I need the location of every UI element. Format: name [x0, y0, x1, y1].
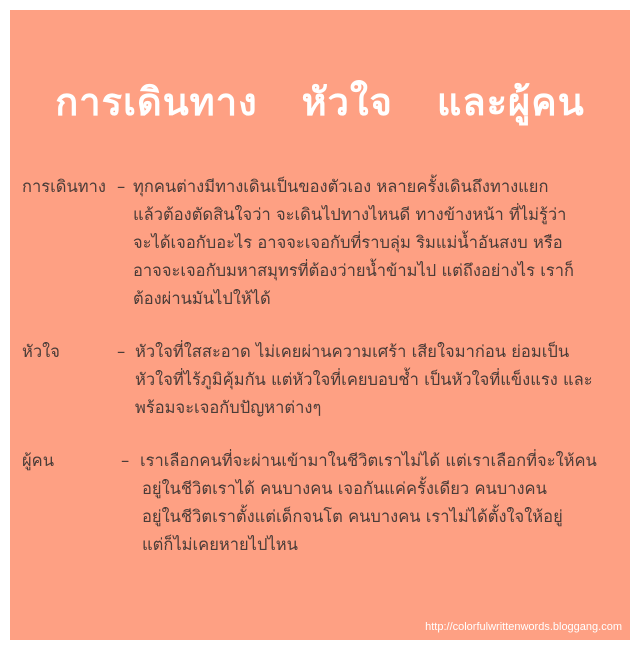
- description-line: อยู่ในชีวิตเราได้ คนบางคน เจอกันแค่ครั้ง…: [140, 475, 597, 503]
- description-line: หัวใจที่ใสสะอาด ไม่เคยผ่านความเศร้า เสีย…: [135, 338, 593, 366]
- description-line: พร้อมจะเจอกับปัญหาต่างๆ: [135, 394, 593, 422]
- entry-dash: –: [117, 173, 125, 201]
- content-panel: การเดินทางหัวใจและผู้คน การเดินทาง – ทุก…: [10, 10, 630, 640]
- title-word-journey: การเดินทาง: [55, 72, 257, 132]
- description-line: อยู่ในชีวิตเราตั้งแต่เด็กจนโต คนบางคน เร…: [140, 503, 597, 531]
- entry-term: การเดินทาง: [22, 173, 106, 201]
- description-line: หัวใจที่ไร้ภูมิคุ้มกัน แต่หัวใจที่เคยบอบ…: [135, 366, 593, 394]
- description-line: อาจจะเจอกับมหาสมุทรที่ต้องว่ายน้ำข้ามไป …: [133, 257, 574, 285]
- description-line: เราเลือกคนที่จะผ่านเข้ามาในชีวิตเราไม่ได…: [140, 447, 597, 475]
- entry-description: เราเลือกคนที่จะผ่านเข้ามาในชีวิตเราไม่ได…: [140, 447, 597, 559]
- entry-dash: –: [121, 447, 129, 475]
- description-line: แล้วต้องตัดสินใจว่า จะเดินไปทางไหนดี ทาง…: [133, 201, 574, 229]
- description-line: แต่ก็ไม่เคยหายไปไหน: [140, 531, 597, 559]
- page-title: การเดินทางหัวใจและผู้คน: [10, 72, 630, 132]
- blog-url: http://colorfulwrittenwords.bloggang.com: [425, 620, 622, 634]
- entry-term: หัวใจ: [22, 338, 60, 366]
- entry-description: ทุกคนต่างมีทางเดินเป็นของตัวเอง หลายครั้…: [133, 173, 574, 313]
- entry-dash: –: [117, 338, 125, 366]
- title-word-people: และผู้คน: [437, 72, 585, 132]
- entry-term: ผู้คน: [22, 447, 54, 475]
- description-line: จะได้เจอกับอะไร อาจจะเจอกับที่ราบลุ่ม ริ…: [133, 229, 574, 257]
- entry-description: หัวใจที่ใสสะอาด ไม่เคยผ่านความเศร้า เสีย…: [135, 338, 593, 422]
- description-line: ต้องผ่านมันไปให้ได้: [133, 285, 574, 313]
- description-line: ทุกคนต่างมีทางเดินเป็นของตัวเอง หลายครั้…: [133, 173, 574, 201]
- title-word-heart: หัวใจ: [302, 72, 393, 132]
